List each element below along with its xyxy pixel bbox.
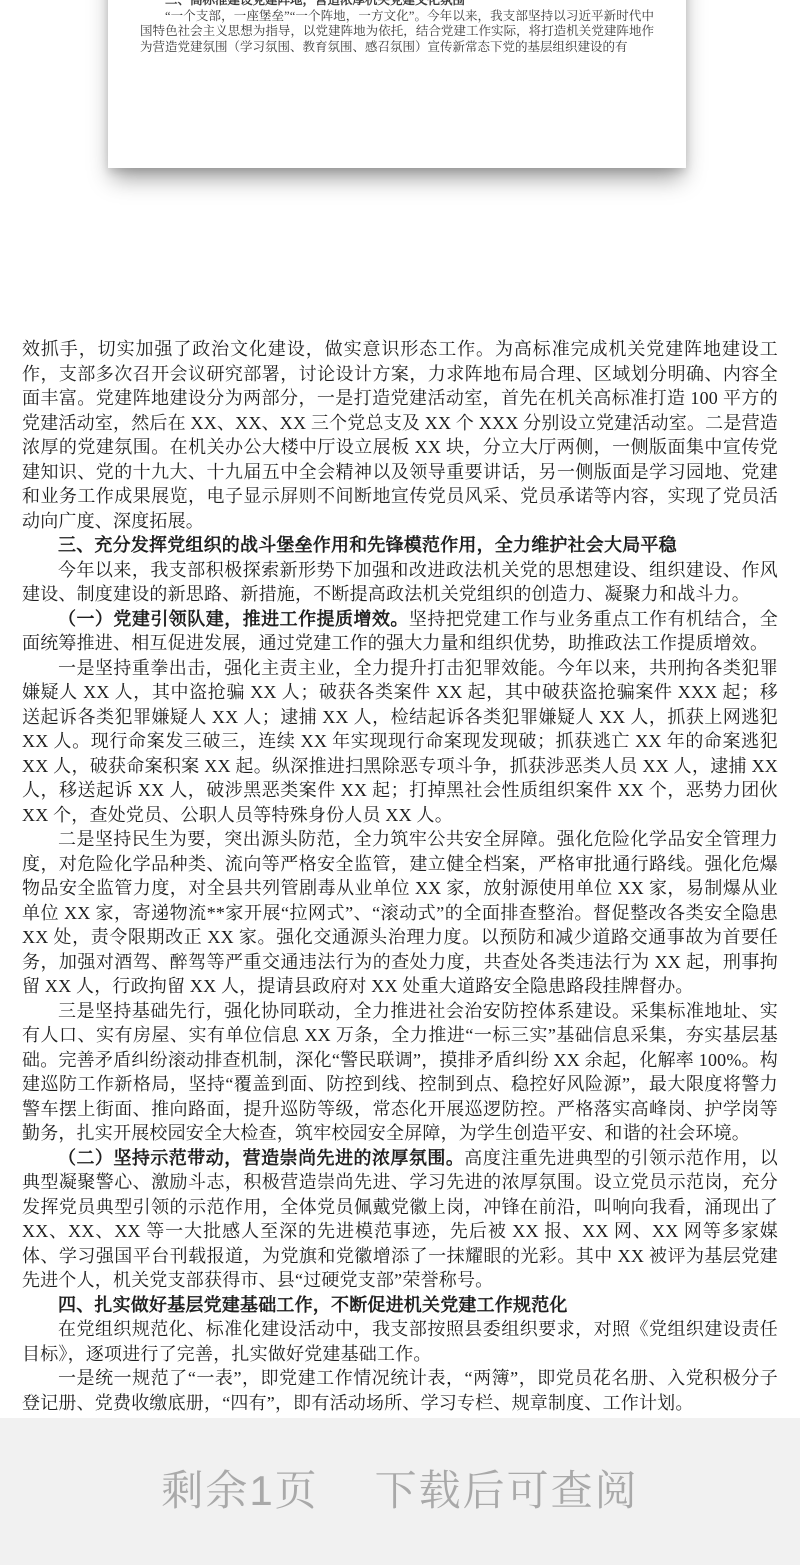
body-paragraph: （二）坚持示范带动，营造崇尚先进的浓厚氛围。高度注重先进典型的引领示范作用，以典… [22,1146,778,1293]
remaining-pages-label: 剩余1页 [161,1467,318,1514]
paragraph-text: 三是坚持基础先行，强化协同联动，全力推进社会治安防控体系建设。采集标准地址、实有… [22,1001,778,1144]
body-paragraph: （一）党建引领队建，推进工作提质增效。坚持把党建工作与业务重点工作有机结合，全面… [22,607,778,656]
body-paragraph: 在党组织规范化、标准化建设活动中，我支部按照县委组织要求，对照《党组织建设责任目… [22,1317,778,1366]
section-heading: 三、充分发挥党组织的战斗堡垒作用和先锋模范作用，全力维护社会大局平稳 [22,533,778,558]
page-preview-card: 二、高标准建设党建阵地，营造浓厚机关党建文化氛围 “一个支部，一座堡垒”“一个阵… [108,0,686,168]
paragraph-text: 二是坚持民生为要，突出源头防范，全力筑牢公共安全屏障。强化危险化学品安全管理力度… [22,829,778,996]
heading-text: 三、充分发挥党组织的战斗堡垒作用和先锋模范作用，全力维护社会大局平稳 [58,535,677,555]
paragraph-text: 高度注重先进典型的引领示范作用，以典型凝聚警心、激励斗志，积极营造崇尚先进、学习… [22,1148,778,1291]
download-hint-label[interactable]: 下载后可查阅 [375,1467,639,1514]
body-paragraph: 一是统一规范了“一表”，即党建工作情况统计表，“两簿”，即党员花名册、入党积极分… [22,1366,778,1415]
body-paragraph: 二是坚持民生为要，突出源头防范，全力筑牢公共安全屏障。强化危险化学品安全管理力度… [22,827,778,999]
body-paragraph: 一是坚持重拳出击，强化主责主业，全力提升打击犯罪效能。今年以来，共刑拘各类犯罪嫌… [22,656,778,828]
footer-text: 剩余1页下载后可查阅 [0,1458,800,1518]
paragraph-text: 一是坚持重拳出击，强化主责主业，全力提升打击犯罪效能。今年以来，共刑拘各类犯罪嫌… [22,658,778,825]
heading-text: 四、扎实做好基层党建基础工作，不断促进机关党建工作规范化 [58,1295,568,1315]
body-paragraph: 效抓手，切实加强了政治文化建设，做实意识形态工作。为高标准完成机关党建阵地建设工… [22,337,778,533]
clipped-section-heading: 二、高标准建设党建阵地，营造浓厚机关党建文化氛围 [140,0,654,9]
body-paragraph: 三是坚持基础先行，强化协同联动，全力推进社会治安防控体系建设。采集标准地址、实有… [22,999,778,1146]
section-heading: 四、扎实做好基层党建基础工作，不断促进机关党建工作规范化 [22,1293,778,1318]
paragraph-text: 今年以来，我支部积极探索新形势下加强和改进政法机关党的思想建设、组织建设、作风建… [22,560,778,605]
document-body: 效抓手，切实加强了政治文化建设，做实意识形态工作。为高标准完成机关党建阵地建设工… [22,337,778,1415]
preview-paragraph: “一个支部，一座堡垒”“一个阵地，一方文化”。今年以来，我支部坚持以习近平新时代… [140,9,654,56]
paragraph-text: 效抓手，切实加强了政治文化建设，做实意识形态工作。为高标准完成机关党建阵地建设工… [22,339,778,531]
paragraph-text: 在党组织规范化、标准化建设活动中，我支部按照县委组织要求，对照《党组织建设责任目… [22,1319,778,1364]
footer-band: 剩余1页下载后可查阅 [0,1418,800,1565]
document-preview-page: 二、高标准建设党建阵地，营造浓厚机关党建文化氛围 “一个支部，一座堡垒”“一个阵… [0,0,800,1565]
paragraph-text: 一是统一规范了“一表”，即党建工作情况统计表，“两簿”，即党员花名册、入党积极分… [22,1368,778,1413]
body-paragraph: 今年以来，我支部积极探索新形势下加强和改进政法机关党的思想建设、组织建设、作风建… [22,558,778,607]
paragraph-lead: （一）党建引领队建，推进工作提质增效。 [58,609,409,629]
paragraph-lead: （二）坚持示范带动，营造崇尚先进的浓厚氛围。 [58,1148,464,1168]
